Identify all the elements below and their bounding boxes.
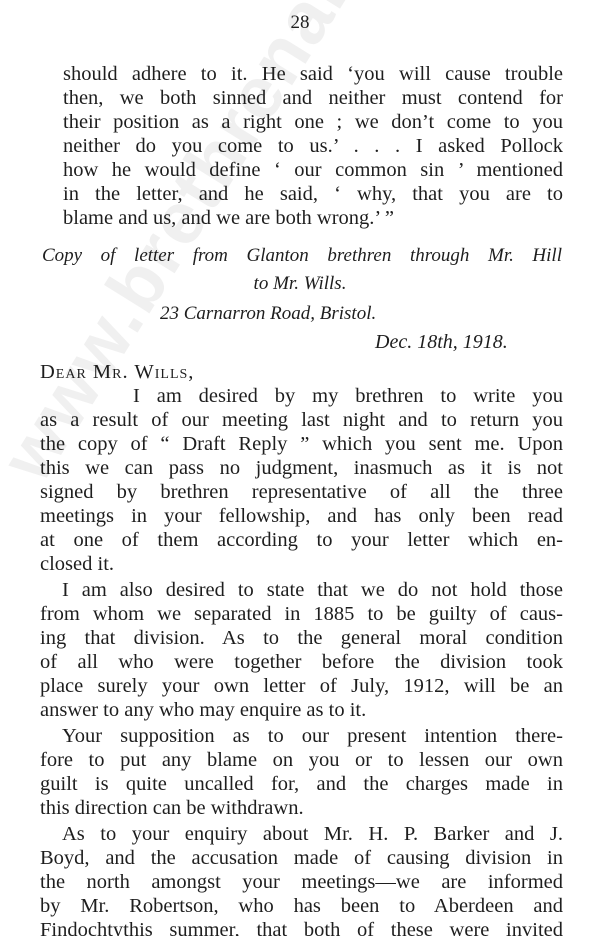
text-line: meetings in your fellowship, and has onl…: [40, 504, 563, 528]
text-line: at one of them according to your letter …: [40, 528, 563, 552]
text-line: I am also desired to state that we do no…: [62, 578, 563, 602]
text-line: this direction can be withdrawn.: [40, 796, 304, 820]
page-number: 28: [0, 12, 600, 34]
text-line: the copy of “ Draft Reply ” which you se…: [40, 432, 563, 456]
text-line: ing that division. As to the general mor…: [40, 626, 563, 650]
text-line: in the letter, and he said, ‘ why, that …: [63, 182, 563, 206]
text-line: I am desired by my brethren to write you: [133, 384, 563, 408]
text-line: by Mr. Robertson, who has been to Aberde…: [40, 894, 563, 918]
text-line: blame and us, and we are both wrong.’ ”: [63, 206, 394, 230]
text-line: answer to any who may enquire as to it.: [40, 698, 366, 722]
text-line: then, we both sinned and neither must co…: [63, 86, 563, 110]
letter-heading-recipient: to Mr. Wills.: [0, 272, 600, 296]
text-line: of all who were together before the divi…: [40, 650, 563, 674]
salutation: Dear Mr. Wills,: [40, 360, 194, 384]
text-line: place surely your own letter of July, 19…: [40, 674, 563, 698]
text-line: the north amongst your meetings—we are i…: [40, 870, 563, 894]
text-line: closed it.: [40, 552, 114, 576]
letter-heading: Copy of letter from Glanton brethren thr…: [42, 244, 562, 268]
text-line: from whom we separated in 1885 to be gui…: [40, 602, 563, 626]
text-line: guilt is quite uncalled for, and the cha…: [40, 772, 563, 796]
text-line: neither do you come to us.’ . . . I aske…: [63, 134, 563, 158]
text-line: Boyd, and the accusation made of causing…: [40, 846, 563, 870]
text-line: fore to put any blame on you or to lesse…: [40, 748, 563, 772]
text-line: should adhere to it. He said ‘you will c…: [63, 62, 563, 86]
text-line: their position as a right one ; we don’t…: [63, 110, 563, 134]
text-line: how he would define ‘ our common sin ’ m…: [63, 158, 563, 182]
text-line: Findochtythis summer, that both of these…: [40, 918, 563, 936]
text-line: this we can pass no judgment, inasmuch a…: [40, 456, 563, 480]
text-line: Your supposition as to our present inten…: [62, 724, 563, 748]
text-line: As to your enquiry about Mr. H. P. Barke…: [62, 822, 563, 846]
letter-address: 23 Carnarron Road, Bristol.: [160, 302, 376, 326]
text-line: as a result of our meeting last night an…: [40, 408, 563, 432]
text-line: signed by brethren representative of all…: [40, 480, 563, 504]
letter-date: Dec. 18th, 1918.: [375, 330, 508, 354]
